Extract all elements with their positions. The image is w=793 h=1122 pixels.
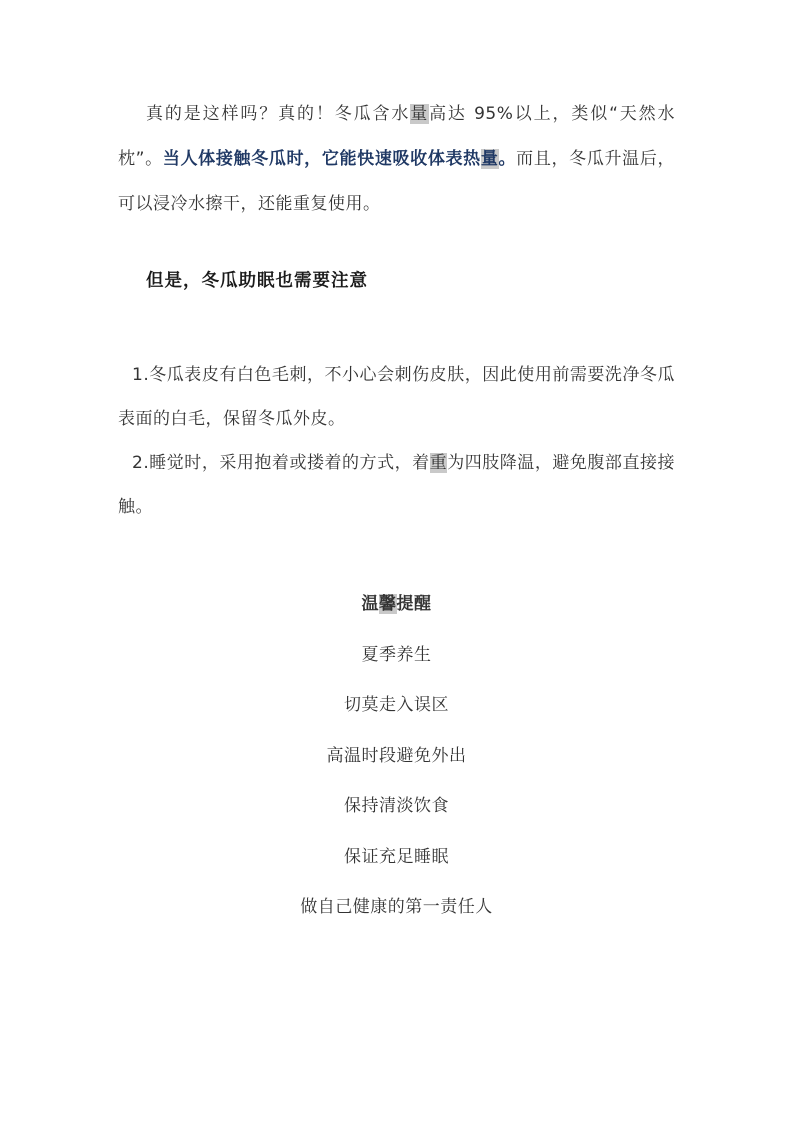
text-run: 夏季养生: [362, 645, 432, 665]
intro-paragraph: 真的是这样吗？真的！冬瓜含水量高达 95%以上，类似“天然水枕”。当人体接触冬瓜…: [118, 92, 675, 227]
text-run: 温: [362, 594, 380, 614]
text-run: 保证充足睡眠: [344, 847, 449, 867]
text-run: 真的是这样吗？真的！冬瓜含水: [146, 104, 410, 124]
closing-line-summer-health: 夏季养生: [118, 630, 675, 681]
closing-lines: 温馨提醒 夏季养生 切莫走入误区 高温时段避免外出 保持清淡饮食 保证充足睡眠 …: [118, 579, 675, 933]
closing-line-first-responsible-person: 做自己健康的第一责任人: [118, 882, 675, 933]
text-run: 保持清淡饮食: [344, 796, 449, 816]
text-run: 重: [430, 453, 448, 473]
closing-line-light-diet: 保持清淡饮食: [118, 781, 675, 832]
text-run: 。: [499, 149, 517, 169]
document-page: 真的是这样吗？真的！冬瓜含水量高达 95%以上，类似“天然水枕”。当人体接触冬瓜…: [0, 0, 793, 1122]
text-run: 当人体接触冬瓜时，它能快速吸收体表热: [163, 149, 481, 169]
note-item-1: 1.冬瓜表皮有白色毛刺，不小心会刺伤皮肤，因此使用前需要洗净冬瓜表面的白毛，保留…: [118, 353, 675, 441]
note-item-2: 2.睡觉时，采用抱着或搂着的方式，着重为四肢降温，避免腹部直接接触。: [118, 441, 675, 529]
text-run: 量: [410, 104, 429, 124]
text-run: 1.冬瓜表皮有白色毛刺，不小心会刺伤皮肤，因此使用前需要洗净冬瓜表面的白毛，保留…: [118, 365, 675, 429]
closing-line-avoid-going-out: 高温时段避免外出: [118, 731, 675, 782]
text-run: 高温时段避免外出: [327, 746, 467, 766]
closing-line-enough-sleep: 保证充足睡眠: [118, 832, 675, 883]
text-run: 馨: [379, 594, 397, 614]
document-content: 真的是这样吗？真的！冬瓜含水量高达 95%以上，类似“天然水枕”。当人体接触冬瓜…: [118, 0, 675, 933]
text-run: 切莫走入误区: [344, 695, 449, 715]
closing-line-reminder-title: 温馨提醒: [118, 579, 675, 630]
closing-line-avoid-misconceptions: 切莫走入误区: [118, 680, 675, 731]
text-run: 提醒: [397, 594, 432, 614]
text-run: 量: [481, 149, 499, 169]
text-run: 2.睡觉时，采用抱着或搂着的方式，着: [132, 453, 430, 473]
section-heading: 但是，冬瓜助眠也需要注意: [118, 259, 675, 304]
text-run: 做自己健康的第一责任人: [300, 897, 493, 917]
